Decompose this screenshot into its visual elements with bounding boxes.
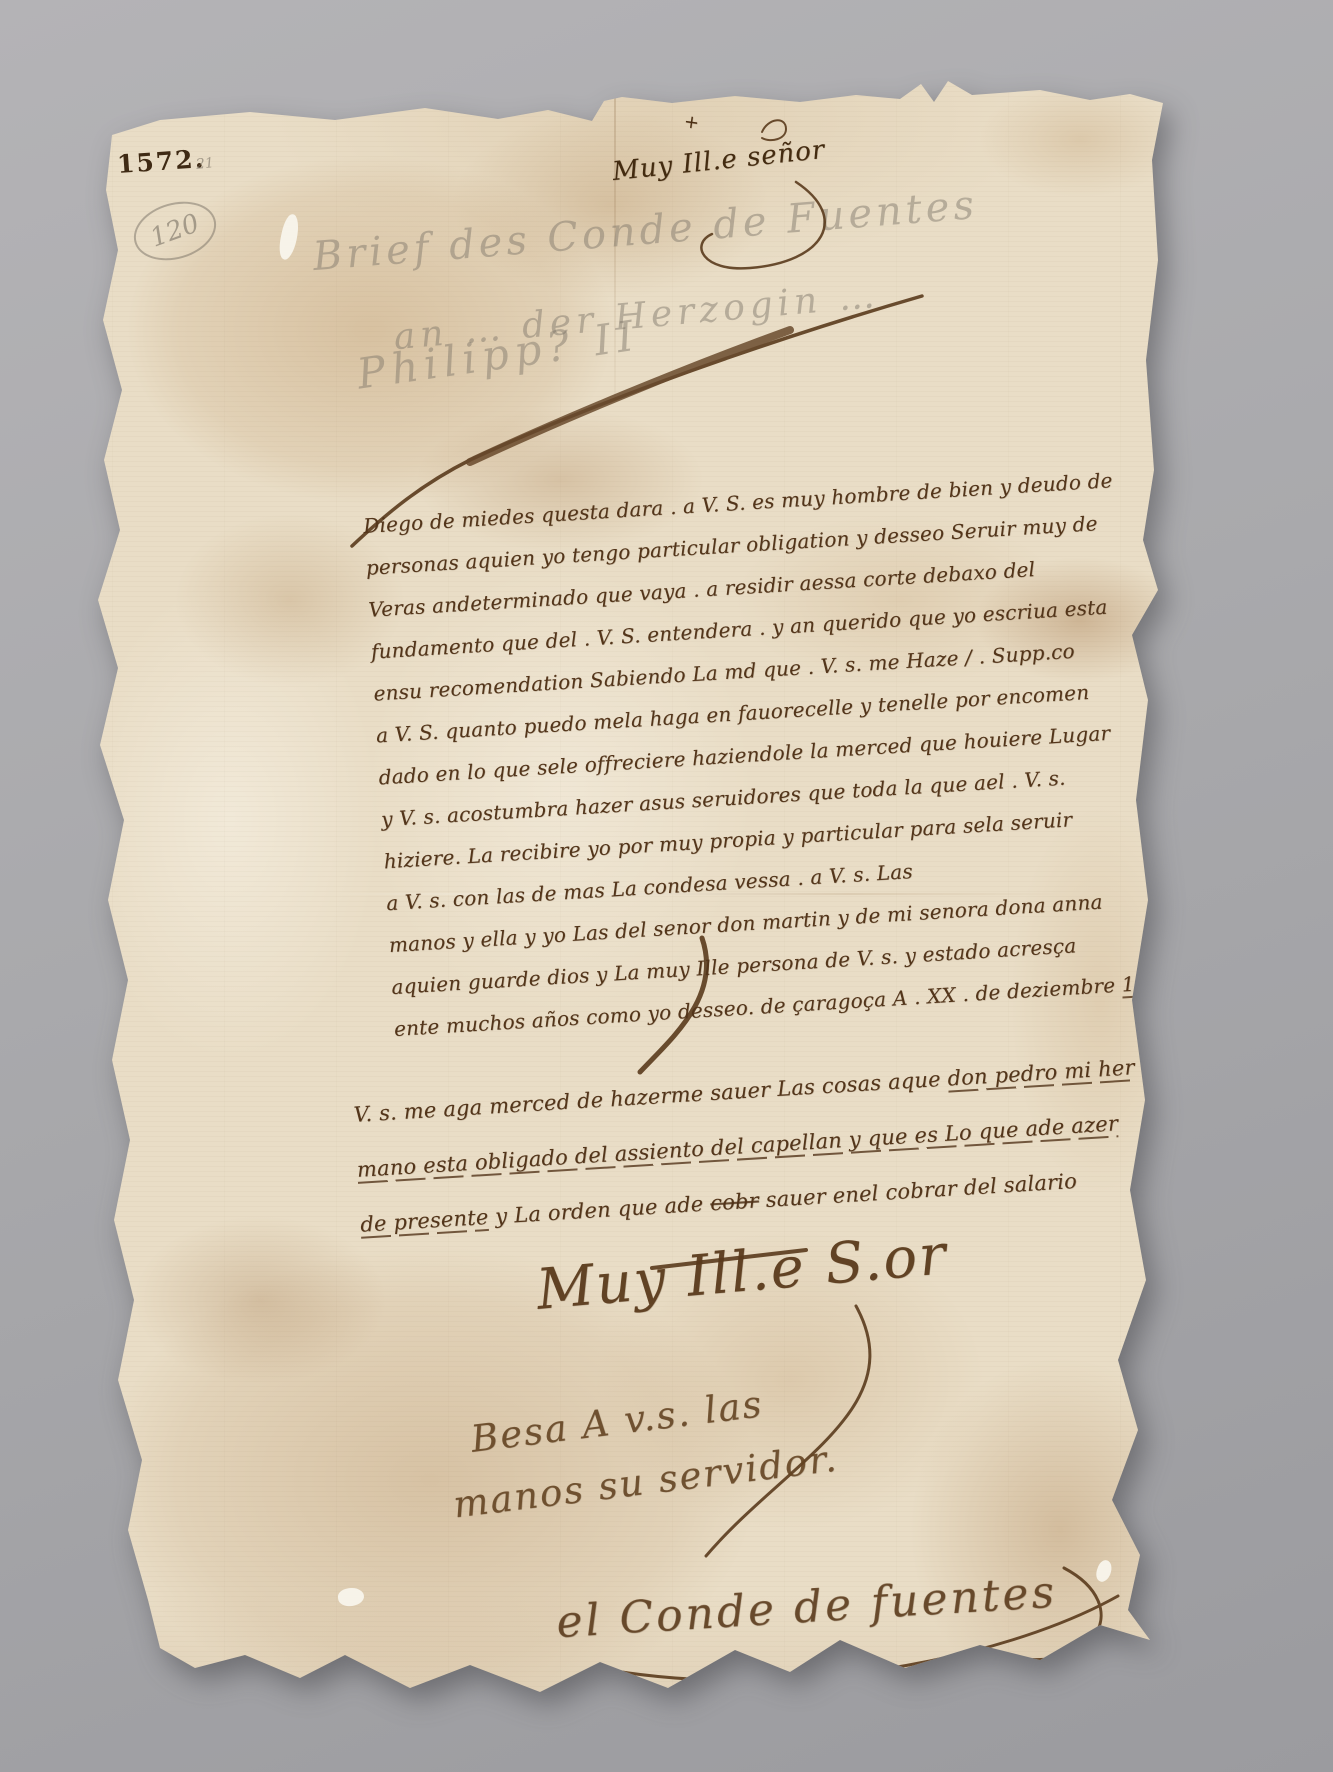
photo-background: 1572. 21 120 + Muy Ill.e señor Brief des… xyxy=(0,0,1333,1772)
archival-year-annotation: 1572. xyxy=(116,144,206,179)
cross-mark: + xyxy=(683,111,701,134)
pencil-circle: 120 xyxy=(127,193,223,270)
paper-damage-fleck xyxy=(276,213,301,261)
paper-damage-fleck xyxy=(1094,1558,1115,1583)
faded-inscription-line1: Brief des Conde de Fuentes xyxy=(311,182,979,280)
signature: el Conde de fuentes xyxy=(555,1567,1058,1649)
corner-paraph-mark xyxy=(762,120,786,140)
circled-folio-number: 120 xyxy=(147,208,204,253)
pencil-number-annotation: 21 xyxy=(195,155,214,173)
letter-postscript: V. s. me aga merced de hazerme sauer Las… xyxy=(352,1040,1143,1252)
valediction-line1: Besa A v.s. las xyxy=(468,1382,765,1461)
letter-body: Diego de miedes questa dara . a V. S. es… xyxy=(362,457,1175,1050)
manuscript-paper: 1572. 21 120 + Muy Ill.e señor Brief des… xyxy=(0,0,1333,1772)
paper-damage-fleck xyxy=(337,1586,365,1607)
closing-swash xyxy=(706,1306,870,1556)
paper-shadow: 1572. 21 120 + Muy Ill.e señor Brief des… xyxy=(0,0,1333,1772)
letter-heading: Muy Ill.e señor xyxy=(611,135,827,187)
